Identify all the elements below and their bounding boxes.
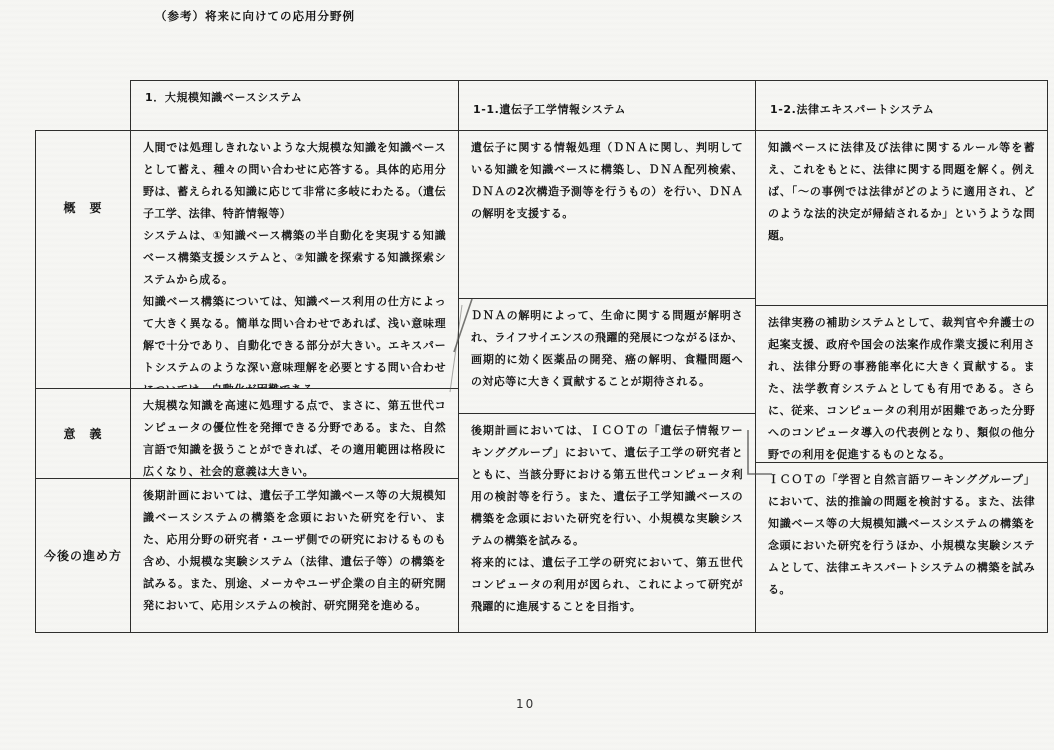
cell-col3-overview: 知識ベースに法律及び法律に関するルール等を蓄え、これをもとに、法律に関する問題を… [755, 130, 1048, 306]
cell-col1-significance: 大規模な知識を高速に処理する点で、まさに、第五世代コンピュータの優位性を発揮でき… [130, 388, 459, 479]
scanned-document-page: （参考）将来に向けての応用分野例 1．大規模知識ベースシステム 1-1.遺伝子工… [0, 0, 1054, 750]
row-header-significance: 意 義 [35, 388, 131, 479]
cell-col2-overview: 遺伝子に関する情報処理（ＤＮＡに関し、判明している知識を知識ベースに構築し、ＤＮ… [458, 130, 756, 299]
cell-col3-plan: ＩＣＯＴの「学習と自然言語ワーキンググループ」において、法的推論の問題を検討する… [755, 462, 1048, 633]
page-number: 10 [516, 697, 535, 711]
row-header-plan: 今後の進め方 [35, 478, 131, 633]
column-header-legal-expert-system: 1-2.法律エキスパートシステム [755, 80, 1048, 131]
row-header-overview: 概 要 [35, 130, 131, 389]
cell-col2-plan: 後期計画においては、ＩＣＯＴの「遺伝子情報ワーキンググループ」において、遺伝子工… [458, 413, 756, 633]
cell-col3-significance: 法律実務の補助システムとして、裁判官や弁護士の起案支援、政府や国会の法案作成作業… [755, 305, 1048, 463]
cell-col1-plan: 後期計画においては、遺伝子工学知識ベース等の大規模知識ベースシステムの構築を念頭… [130, 478, 459, 633]
page-title: （参考）将来に向けての応用分野例 [155, 8, 355, 24]
column-header-large-kb-system: 1．大規模知識ベースシステム [130, 80, 459, 131]
cell-col2-significance: ＤＮＡの解明によって、生命に関する問題が解明され、ライフサイエンスの飛躍的発展に… [458, 298, 756, 414]
column-header-genetic-info-system: 1-1.遺伝子工学情報システム [458, 80, 756, 131]
cell-col1-overview: 人間では処理しきれないような大規模な知識を知識ベースとして蓄え、種々の問い合わせ… [130, 130, 459, 389]
